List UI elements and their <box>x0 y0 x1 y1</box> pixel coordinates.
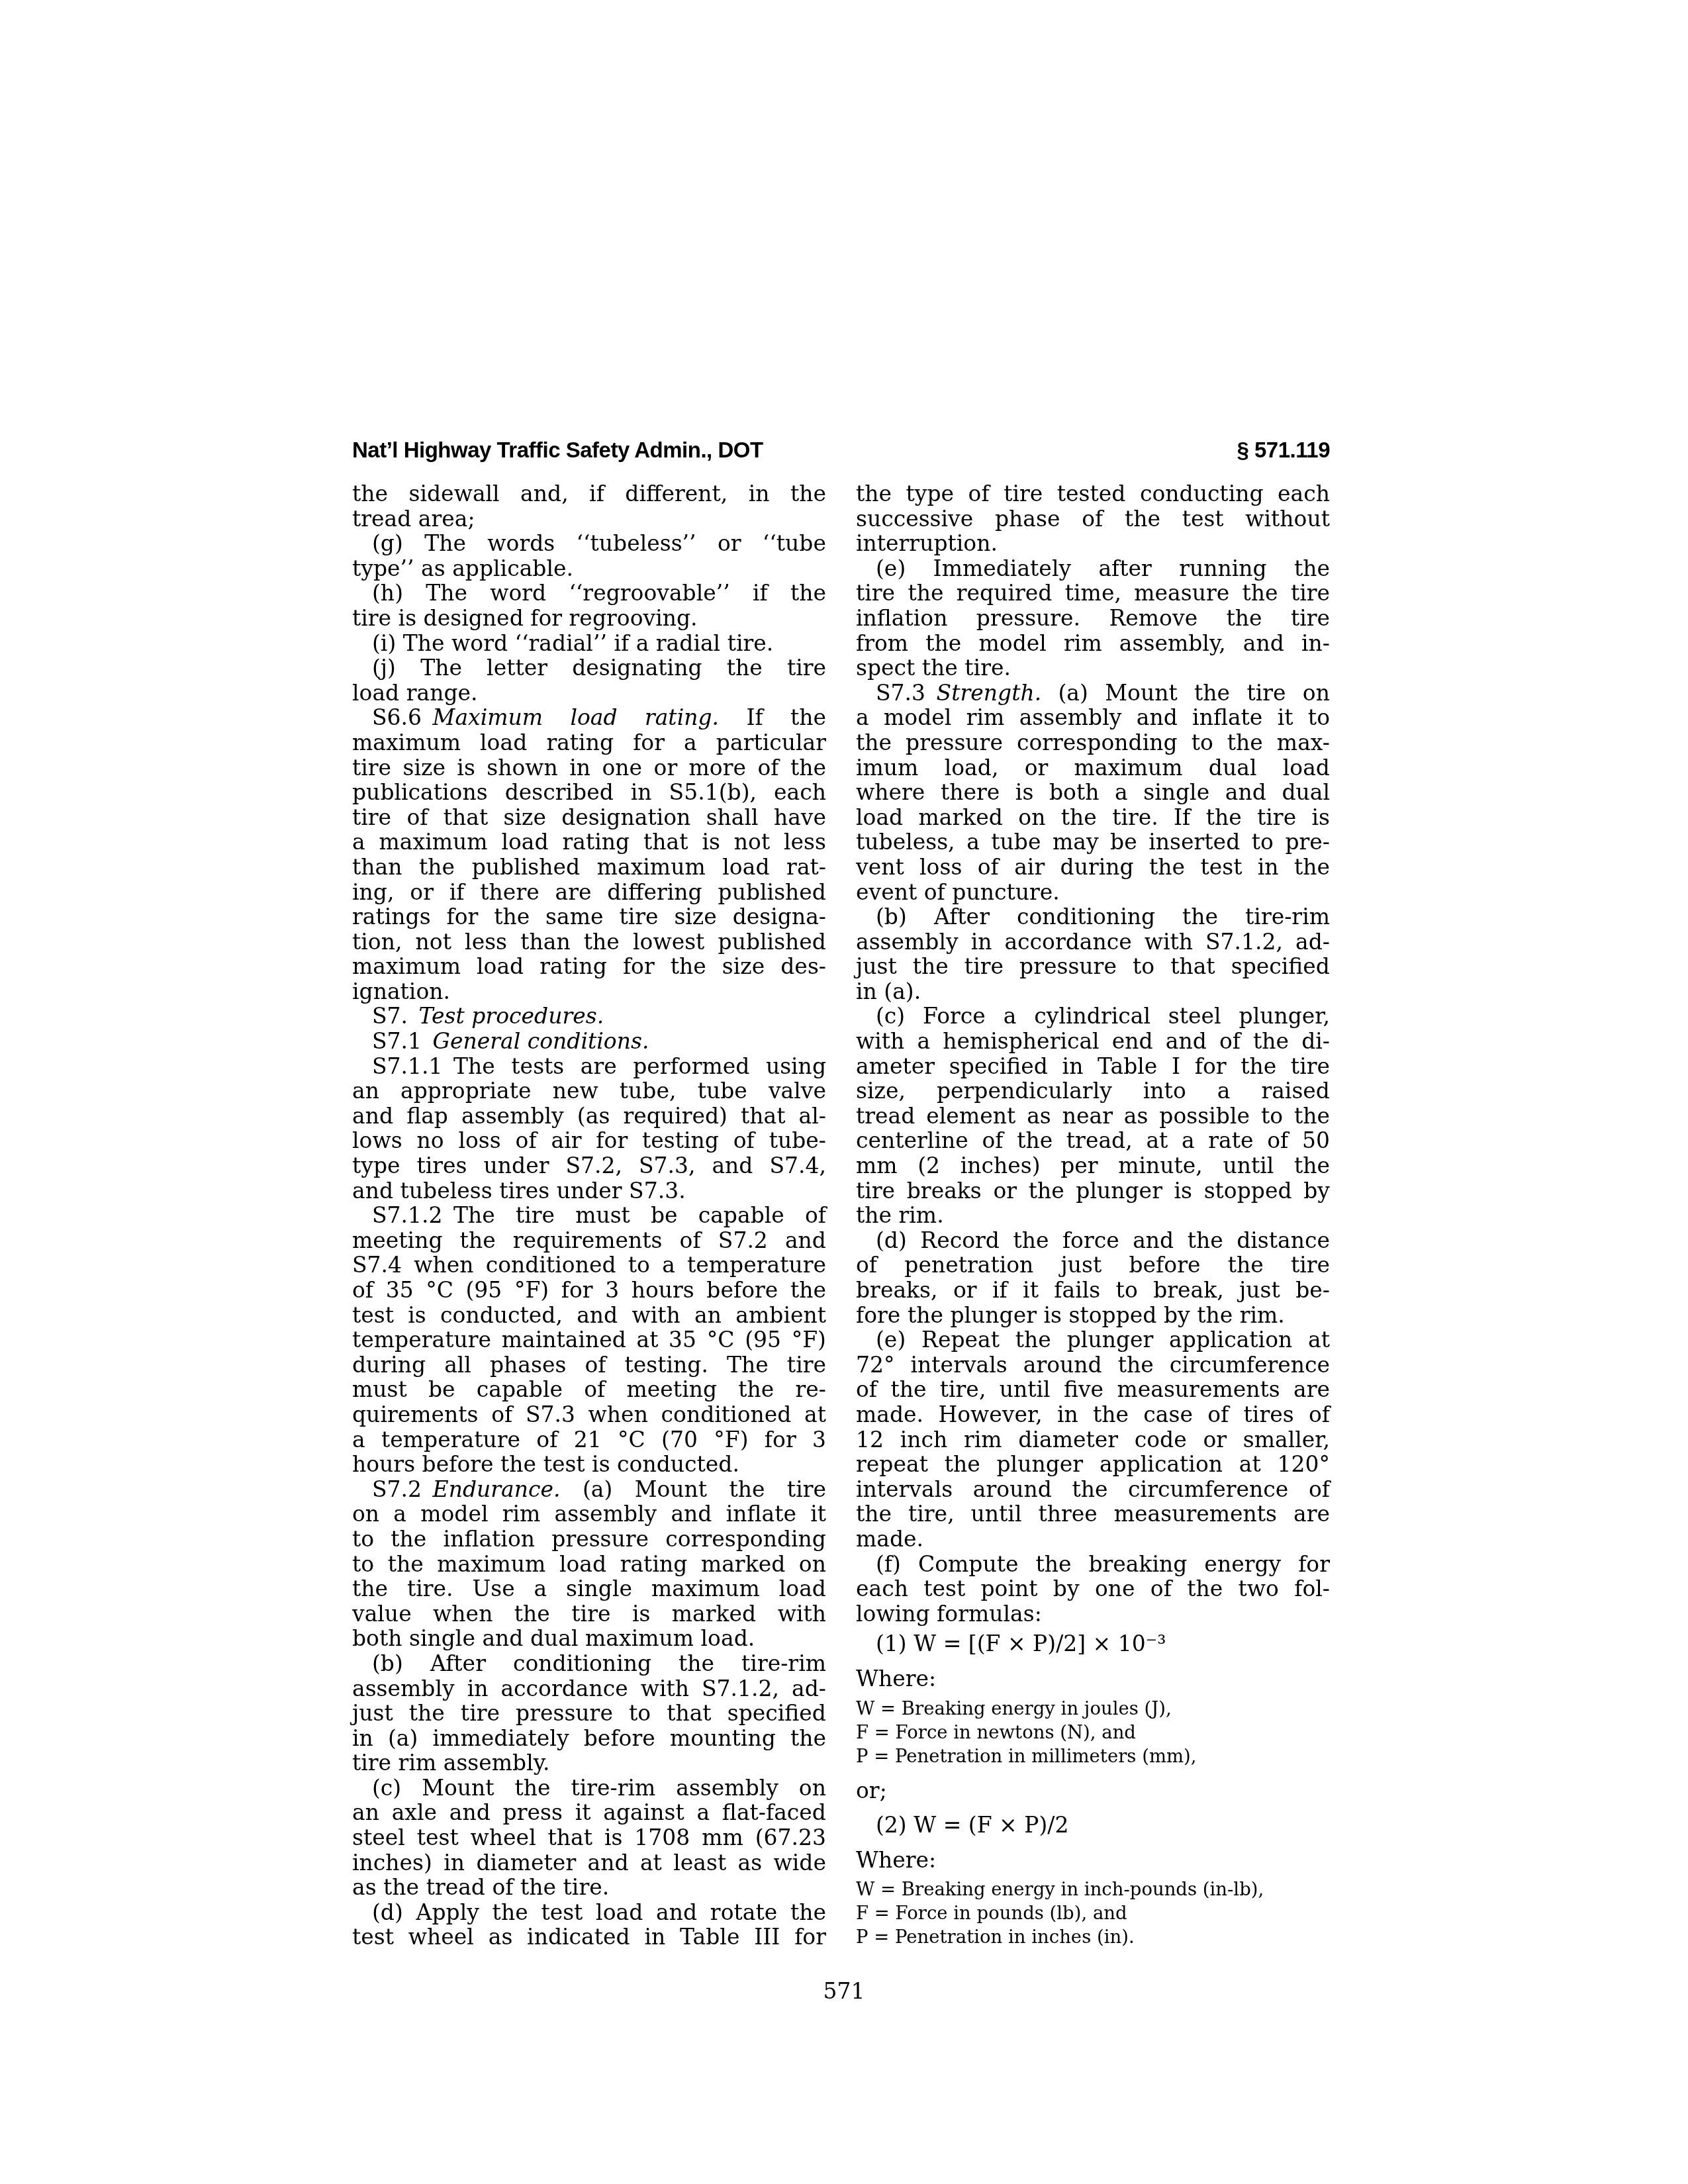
text-line: made. However, in the case of tires of <box>856 1402 1330 1427</box>
text-run: lowing formulas: <box>856 1601 1042 1627</box>
text-run: tread area; <box>352 506 475 532</box>
text-run: (g) The words ‘‘tubeless’’ or ‘‘tube <box>372 530 826 556</box>
text-line: made. <box>856 1527 1330 1552</box>
text-line: to the inflation pressure corresponding <box>352 1527 826 1552</box>
text-line: (d) Record the force and the distance <box>856 1228 1330 1253</box>
text-line: mm (2 inches) per minute, until the <box>856 1153 1330 1178</box>
text-line: P = Penetration in inches (in). <box>856 1925 1330 1949</box>
text-run: S7.2 <box>372 1476 433 1502</box>
text-run: (1) W = [(F × P)/2] × 10⁻³ <box>876 1631 1166 1656</box>
text-run: on a model rim assembly and inflate it <box>352 1501 826 1527</box>
text-run: the sidewall and, if different, in the <box>352 481 826 506</box>
text-run: and tubeless tires under S7.3. <box>352 1178 686 1204</box>
text-line: (i) The word ‘‘radial’’ if a radial tire… <box>352 631 826 656</box>
text-run: W = Breaking energy in joules (J), <box>856 1698 1172 1719</box>
text-line: tion, not less than the lowest published <box>352 929 826 955</box>
text-line: where there is both a single and dual <box>856 780 1330 805</box>
text-line: tire rim assembly. <box>352 1750 826 1776</box>
text-line: on a model rim assembly and inflate it <box>352 1501 826 1527</box>
page-number: 571 <box>0 1978 1688 2004</box>
text-line: 72° intervals around the circumference <box>856 1353 1330 1378</box>
text-run: a model rim assembly and inflate it to <box>856 704 1330 730</box>
text-line: tire is designed for regrooving. <box>352 606 826 631</box>
text-line: (b) After conditioning the tire-rim <box>352 1651 826 1676</box>
text-run: tire of that size designation shall have <box>352 804 826 830</box>
text-run: fore the plunger is stopped by the rim. <box>856 1302 1285 1328</box>
text-line: event of puncture. <box>856 880 1330 905</box>
text-line: S7.3 Strength. (a) Mount the tire on <box>856 681 1330 706</box>
text-line: tire breaks or the plunger is stopped by <box>856 1178 1330 1204</box>
text-line: of the tire, until five measurements are <box>856 1377 1330 1402</box>
text-run: interruption. <box>856 530 998 556</box>
text-run: value when the tire is marked with <box>352 1601 826 1627</box>
text-line: during all phases of testing. The tire <box>352 1353 826 1378</box>
text-line: tubeless, a tube may be inserted to pre- <box>856 830 1330 855</box>
text-run: and flap assembly (as required) that al- <box>352 1103 826 1129</box>
text-run: test is conducted, and with an ambient <box>352 1302 826 1328</box>
text-line: hours before the test is conducted. <box>352 1452 826 1477</box>
text-line: centerline of the tread, at a rate of 50 <box>856 1128 1330 1153</box>
text-run: S7.1.2 The tire must be capable of <box>372 1202 826 1228</box>
text-line: must be capable of meeting the re- <box>352 1377 826 1402</box>
text-line: inches) in diameter and at least as wide <box>352 1850 826 1875</box>
text-line: (d) Apply the test load and rotate the <box>352 1900 826 1925</box>
text-line: successive phase of the test without <box>856 506 1330 532</box>
text-line: to the maximum load rating marked on <box>352 1552 826 1577</box>
text-run: (b) After conditioning the tire-rim <box>372 1650 826 1676</box>
text-line: in (a). <box>856 979 1330 1004</box>
text-run: the pressure corresponding to the max- <box>856 730 1330 755</box>
text-line: and flap assembly (as required) that al- <box>352 1104 826 1129</box>
text-line: with a hemispherical end and of the di- <box>856 1029 1330 1054</box>
text-run: each test point by one of the two fol- <box>856 1576 1330 1601</box>
italic-text-run: Endurance. <box>433 1476 561 1502</box>
text-run: an axle and press it against a flat-face… <box>352 1799 826 1825</box>
text-run: (c) Mount the tire-rim assembly on <box>372 1775 826 1801</box>
text-run: to the maximum load rating marked on <box>352 1551 826 1577</box>
text-line: ameter specified in Table I for the tire <box>856 1054 1330 1079</box>
text-run: in (a). <box>856 978 921 1004</box>
text-line: an appropriate new tube, tube valve <box>352 1078 826 1104</box>
text-run: a maximum load rating that is not less <box>352 829 826 855</box>
text-run: with a hemispherical end and of the di- <box>856 1028 1330 1054</box>
text-run: during all phases of testing. The tire <box>352 1352 826 1378</box>
text-line: (b) After conditioning the tire-rim <box>856 904 1330 929</box>
text-line: intervals around the circumference of <box>856 1477 1330 1502</box>
text-run: ameter specified in Table I for the tire <box>856 1053 1330 1079</box>
text-line: (c) Mount the tire-rim assembly on <box>352 1776 826 1801</box>
text-line: both single and dual maximum load. <box>352 1626 826 1651</box>
text-line: tread element as near as possible to the <box>856 1104 1330 1129</box>
text-run: repeat the plunger application at 120° <box>856 1451 1330 1477</box>
text-line: ing, or if there are differing published <box>352 880 826 905</box>
text-run: (a) Mount the tire <box>561 1476 826 1502</box>
text-run: load range. <box>352 680 478 706</box>
text-run: steel test wheel that is 1708 mm (67.23 <box>352 1825 826 1850</box>
text-line: tire size is shown in one or more of the <box>352 755 826 781</box>
text-run: size, perpendicularly into a raised <box>856 1078 1330 1104</box>
text-run: centerline of the tread, at a rate of 50 <box>856 1127 1330 1153</box>
text-run: If the <box>719 704 826 730</box>
text-line: P = Penetration in millimeters (mm), <box>856 1744 1330 1768</box>
text-run: imum load, or maximum dual load <box>856 755 1330 781</box>
text-run: (h) The word ‘‘regroovable’’ if the <box>372 580 826 606</box>
text-line: tread area; <box>352 506 826 532</box>
text-run: just the tire pressure to that specified <box>856 953 1330 979</box>
text-run: in (a) immediately before mounting the <box>352 1725 826 1751</box>
text-run: (e) Repeat the plunger application at <box>876 1327 1330 1353</box>
text-line: and tubeless tires under S7.3. <box>352 1178 826 1204</box>
text-run: S6.6 <box>372 704 433 730</box>
text-run: maximum load rating for a particular <box>352 730 826 755</box>
text-line: the pressure corresponding to the max- <box>856 730 1330 755</box>
italic-text-run: Test procedures. <box>419 1003 604 1029</box>
text-run: (2) W = (F × P)/2 <box>876 1812 1068 1838</box>
text-line: F = Force in newtons (N), and <box>856 1721 1330 1744</box>
text-run: where there is both a single and dual <box>856 779 1330 805</box>
text-run: publications described in S5.1(b), each <box>352 779 826 805</box>
text-line: test is conducted, and with an ambient <box>352 1303 826 1328</box>
text-run: Where: <box>856 1666 936 1691</box>
text-run: mm (2 inches) per minute, until the <box>856 1153 1330 1178</box>
text-run: ignation. <box>352 978 450 1004</box>
text-line: maximum load rating for the size des- <box>352 954 826 979</box>
text-line: the rim. <box>856 1203 1330 1228</box>
text-run: successive phase of the test without <box>856 506 1330 532</box>
text-line: quirements of S7.3 when conditioned at <box>352 1402 826 1427</box>
text-run: F = Force in pounds (lb), and <box>856 1903 1127 1924</box>
running-head-right: § 571.119 <box>1237 438 1331 463</box>
text-line: S7. Test procedures. <box>352 1004 826 1029</box>
text-line: F = Force in pounds (lb), and <box>856 1901 1330 1925</box>
text-run: tire breaks or the plunger is stopped by <box>856 1178 1330 1204</box>
text-run: type’’ as applicable. <box>352 555 573 581</box>
text-run: (e) Immediately after running the <box>876 555 1330 581</box>
text-run: assembly in accordance with S7.1.2, ad- <box>352 1676 826 1701</box>
text-run: (b) After conditioning the tire-rim <box>876 904 1330 929</box>
text-line: an axle and press it against a flat-face… <box>352 1800 826 1825</box>
text-run: inflation pressure. Remove the tire <box>856 605 1330 631</box>
text-run: from the model rim assembly, and in- <box>856 630 1330 656</box>
text-run: both single and dual maximum load. <box>352 1625 755 1651</box>
text-run: vent loss of air during the test in the <box>856 854 1330 880</box>
text-line: load marked on the tire. If the tire is <box>856 805 1330 830</box>
right-column: the type of tire tested conducting eachs… <box>856 481 1330 1949</box>
text-line: (e) Immediately after running the <box>856 556 1330 581</box>
italic-text-run: Maximum load rating. <box>433 704 719 730</box>
text-run: tread element as near as possible to the <box>856 1103 1330 1129</box>
text-run: of penetration just before the tire <box>856 1252 1330 1278</box>
text-run: the rim. <box>856 1202 944 1228</box>
text-line: ignation. <box>352 979 826 1004</box>
text-line: lows no loss of air for testing of tube- <box>352 1128 826 1153</box>
text-line: size, perpendicularly into a raised <box>856 1078 1330 1104</box>
text-run: (j) The letter designating the tire <box>372 655 826 681</box>
text-line: ratings for the same tire size designa- <box>352 904 826 929</box>
italic-text-run: Strength. <box>937 680 1042 706</box>
text-run: lows no loss of air for testing of tube- <box>352 1127 826 1153</box>
text-line: (2) W = (F × P)/2 <box>856 1813 1330 1838</box>
text-line: (j) The letter designating the tire <box>352 655 826 681</box>
text-line: just the tire pressure to that specified <box>352 1701 826 1726</box>
text-line: (e) Repeat the plunger application at <box>856 1327 1330 1353</box>
text-line: S6.6 Maximum load rating. If the <box>352 705 826 730</box>
text-run: S7.4 when conditioned to a temperature <box>352 1252 826 1278</box>
text-line: the tire. Use a single maximum load <box>352 1576 826 1601</box>
text-run: the tire. Use a single maximum load <box>352 1576 826 1601</box>
text-run: breaks, or if it fails to break, just be… <box>856 1277 1330 1303</box>
text-run: of 35 °C (95 °F) for 3 hours before the <box>352 1277 826 1303</box>
text-line: S7.2 Endurance. (a) Mount the tire <box>352 1477 826 1502</box>
text-line: a model rim assembly and inflate it to <box>856 705 1330 730</box>
text-line: (1) W = [(F × P)/2] × 10⁻³ <box>856 1631 1330 1656</box>
text-line: (g) The words ‘‘tubeless’’ or ‘‘tube <box>352 531 826 556</box>
text-line: a maximum load rating that is not less <box>352 830 826 855</box>
text-line: meeting the requirements of S7.2 and <box>352 1228 826 1253</box>
text-line: S7.1 General conditions. <box>352 1029 826 1054</box>
text-run: of the tire, until five measurements are <box>856 1376 1330 1402</box>
text-line: of 35 °C (95 °F) for 3 hours before the <box>352 1278 826 1303</box>
text-line: spect the tire. <box>856 655 1330 681</box>
text-run: W = Breaking energy in inch-pounds (in-l… <box>856 1879 1264 1900</box>
text-run: (a) Mount the tire on <box>1041 680 1330 706</box>
text-line: S7.1.1 The tests are performed using <box>352 1054 826 1079</box>
left-column: the sidewall and, if different, in thetr… <box>352 481 826 1950</box>
text-line: or; <box>856 1778 1330 1803</box>
text-line: S7.1.2 The tire must be capable of <box>352 1203 826 1228</box>
text-run: load marked on the tire. If the tire is <box>856 804 1330 830</box>
text-line: (h) The word ‘‘regroovable’’ if the <box>352 581 826 606</box>
text-run: tubeless, a tube may be inserted to pre- <box>856 829 1330 855</box>
text-run: or; <box>856 1778 887 1803</box>
text-line: breaks, or if it fails to break, just be… <box>856 1278 1330 1303</box>
text-line: maximum load rating for a particular <box>352 730 826 755</box>
text-run: test wheel as indicated in Table III for <box>352 1924 826 1950</box>
text-line: the tire, until three measurements are <box>856 1501 1330 1527</box>
text-line: Where: <box>856 1848 1330 1873</box>
text-run: S7.3 <box>876 680 937 706</box>
text-line: fore the plunger is stopped by the rim. <box>856 1303 1330 1328</box>
document-page: Nat’l Highway Traffic Safety Admin., DOT… <box>0 0 1688 2184</box>
text-run: a temperature of 21 °C (70 °F) for 3 <box>352 1427 826 1452</box>
text-run: the tire, until three measurements are <box>856 1501 1330 1527</box>
text-run: assembly in accordance with S7.1.2, ad- <box>856 929 1330 955</box>
text-run: must be capable of meeting the re- <box>352 1376 826 1402</box>
text-run: quirements of S7.3 when conditioned at <box>352 1401 826 1427</box>
text-run: inches) in diameter and at least as wide <box>352 1850 826 1875</box>
text-line: the sidewall and, if different, in the <box>352 481 826 506</box>
text-line: lowing formulas: <box>856 1601 1330 1627</box>
text-run: S7. <box>372 1003 419 1029</box>
text-line: steel test wheel that is 1708 mm (67.23 <box>352 1825 826 1850</box>
text-run: tire size is shown in one or more of the <box>352 755 826 781</box>
text-line: than the published maximum load rat- <box>352 855 826 880</box>
text-line: from the model rim assembly, and in- <box>856 631 1330 656</box>
text-run: just the tire pressure to that specified <box>352 1700 826 1726</box>
text-run: than the published maximum load rat- <box>352 854 826 880</box>
text-run: (c) Force a cylindrical steel plunger, <box>876 1003 1330 1029</box>
text-run: (d) Record the force and the distance <box>876 1227 1330 1253</box>
running-head-left: Nat’l Highway Traffic Safety Admin., DOT <box>352 438 763 463</box>
text-line: value when the tire is marked with <box>352 1601 826 1627</box>
text-line: load range. <box>352 681 826 706</box>
text-run: the type of tire tested conducting each <box>856 481 1330 506</box>
text-line: each test point by one of the two fol- <box>856 1576 1330 1601</box>
text-run: S7.1.1 The tests are performed using <box>372 1053 826 1079</box>
text-line: assembly in accordance with S7.1.2, ad- <box>856 929 1330 955</box>
text-run: tire is designed for regrooving. <box>352 605 698 631</box>
text-line: assembly in accordance with S7.1.2, ad- <box>352 1676 826 1701</box>
text-run: F = Force in newtons (N), and <box>856 1722 1136 1743</box>
text-line: imum load, or maximum dual load <box>856 755 1330 781</box>
text-line: repeat the plunger application at 120° <box>856 1452 1330 1477</box>
text-line: interruption. <box>856 531 1330 556</box>
text-line: S7.4 when conditioned to a temperature <box>352 1253 826 1278</box>
text-run: (i) The word ‘‘radial’’ if a radial tire… <box>372 630 773 656</box>
text-run: made. <box>856 1526 923 1552</box>
text-run: 12 inch rim diameter code or smaller, <box>856 1427 1330 1452</box>
text-line: (c) Force a cylindrical steel plunger, <box>856 1004 1330 1029</box>
running-header: Nat’l Highway Traffic Safety Admin., DOT… <box>352 438 1330 463</box>
text-run: tire rim assembly. <box>352 1750 550 1776</box>
text-run: P = Penetration in millimeters (mm), <box>856 1746 1197 1767</box>
text-run: (d) Apply the test load and rotate the <box>372 1899 826 1925</box>
text-line: of penetration just before the tire <box>856 1253 1330 1278</box>
text-run: tire the required time, measure the tire <box>856 580 1330 606</box>
text-run: hours before the test is conducted. <box>352 1451 739 1477</box>
text-run: intervals around the circumference of <box>856 1476 1330 1502</box>
text-line: type’’ as applicable. <box>352 556 826 581</box>
text-line: 12 inch rim diameter code or smaller, <box>856 1427 1330 1452</box>
text-line: type tires under S7.2, S7.3, and S7.4, <box>352 1153 826 1178</box>
text-line: vent loss of air during the test in the <box>856 855 1330 880</box>
text-line: just the tire pressure to that specified <box>856 954 1330 979</box>
text-line: inflation pressure. Remove the tire <box>856 606 1330 631</box>
text-run: temperature maintained at 35 °C (95 °F) <box>352 1327 826 1353</box>
text-run: 72° intervals around the circumference <box>856 1352 1330 1378</box>
text-run: Where: <box>856 1847 936 1873</box>
text-line: publications described in S5.1(b), each <box>352 780 826 805</box>
text-run: ing, or if there are differing published <box>352 879 826 905</box>
text-line: in (a) immediately before mounting the <box>352 1726 826 1751</box>
text-run: spect the tire. <box>856 655 1011 681</box>
text-run: made. However, in the case of tires of <box>856 1401 1330 1427</box>
text-line: test wheel as indicated in Table III for <box>352 1924 826 1950</box>
text-line: (f) Compute the breaking energy for <box>856 1552 1330 1577</box>
text-run: an appropriate new tube, tube valve <box>352 1078 826 1104</box>
text-run: ratings for the same tire size designa- <box>352 904 826 929</box>
text-line: Where: <box>856 1666 1330 1691</box>
text-line: tire the required time, measure the tire <box>856 581 1330 606</box>
italic-text-run: General conditions. <box>433 1028 649 1054</box>
text-run: meeting the requirements of S7.2 and <box>352 1227 826 1253</box>
text-line: temperature maintained at 35 °C (95 °F) <box>352 1327 826 1353</box>
text-line: the type of tire tested conducting each <box>856 481 1330 506</box>
text-line: W = Breaking energy in inch-pounds (in-l… <box>856 1877 1330 1901</box>
text-run: P = Penetration in inches (in). <box>856 1926 1135 1948</box>
text-run: type tires under S7.2, S7.3, and S7.4, <box>352 1153 826 1178</box>
text-line: W = Breaking energy in joules (J), <box>856 1697 1330 1721</box>
text-run: maximum load rating for the size des- <box>352 953 826 979</box>
text-line: as the tread of the tire. <box>352 1875 826 1900</box>
text-run: tion, not less than the lowest published <box>352 929 826 955</box>
text-run: (f) Compute the breaking energy for <box>876 1551 1330 1577</box>
text-run: event of puncture. <box>856 879 1060 905</box>
text-line: tire of that size designation shall have <box>352 805 826 830</box>
text-run: S7.1 <box>372 1028 433 1054</box>
text-line: a temperature of 21 °C (70 °F) for 3 <box>352 1427 826 1452</box>
text-run: as the tread of the tire. <box>352 1874 609 1900</box>
text-run: to the inflation pressure corresponding <box>352 1526 826 1552</box>
